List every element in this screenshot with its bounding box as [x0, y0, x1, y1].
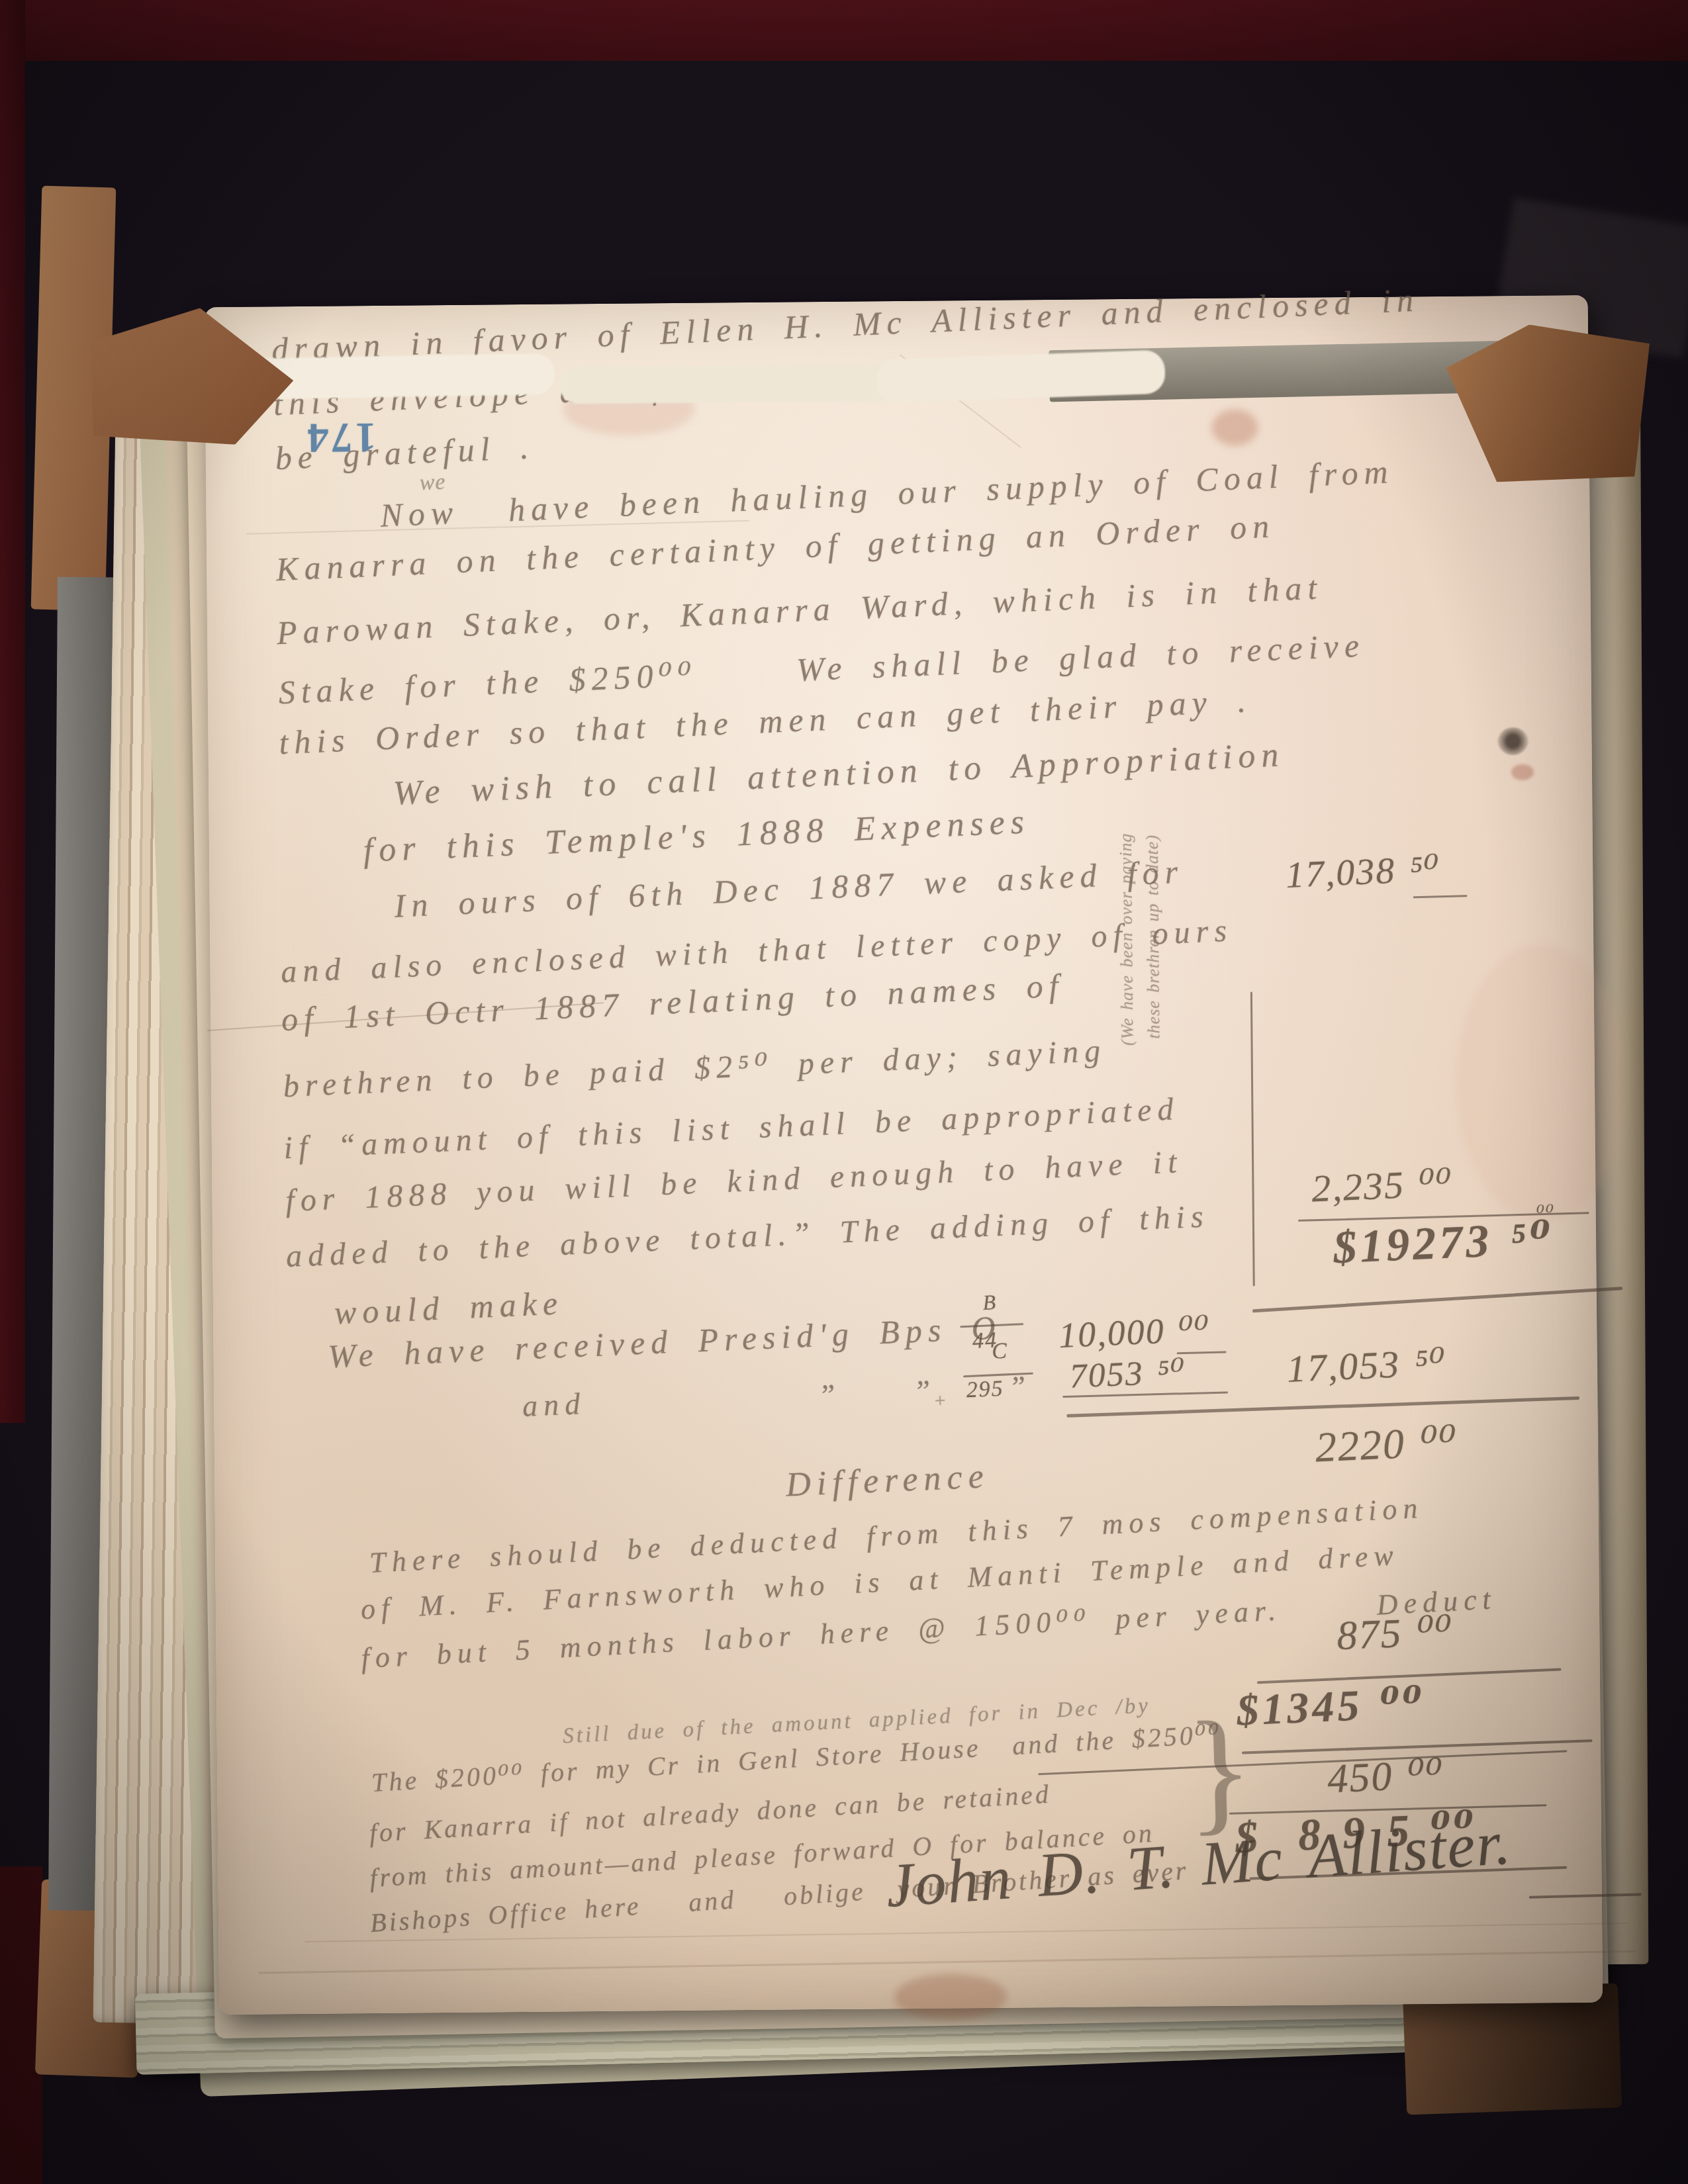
handwriting-line: for this Temple's 1888 Expenses [363, 805, 1031, 868]
handwriting-line: 17,038 ⁵⁰ [1285, 850, 1441, 894]
ink-rule [1252, 1287, 1622, 1312]
ink-rule [1413, 895, 1468, 898]
photo-top-red-band [0, 0, 1688, 61]
handwriting-line: + [933, 1391, 948, 1412]
photo-of-letterbook: 174 drawn in favor of Ellen H. Mc Allist… [0, 0, 1688, 2184]
ink-rule [1250, 991, 1255, 1286]
handwriting-line: In ours of 6th Dec 1887 we asked for [393, 855, 1184, 923]
handwriting-line: 295 [966, 1378, 1004, 1402]
ink-blot [1497, 727, 1528, 755]
ink-rule [1066, 1396, 1579, 1418]
handwriting-line: 10,000 ⁰⁰ [1058, 1311, 1211, 1353]
handwriting-line: Difference [785, 1459, 990, 1502]
marginal-note-line: (We have been over paying [1117, 794, 1136, 1046]
sheet-edge-line [259, 1950, 1636, 1974]
handwriting-line: 17,053 ⁵⁰ [1286, 1343, 1448, 1388]
handwriting-line: and also enclosed with that letter copy … [280, 915, 1233, 988]
ink-rule [1177, 1351, 1227, 1354]
handwriting-line: $1345 ⁰⁰ [1236, 1681, 1427, 1733]
marginal-note-line: these brethren up to date) [1143, 788, 1162, 1039]
handwriting-line: and [522, 1388, 586, 1422]
photo-left-red-strip [0, 0, 25, 1423]
handwriting-line: 875 ⁰⁰ [1336, 1611, 1454, 1657]
handwriting-line: would make [334, 1286, 564, 1329]
torn-paper-edge [559, 364, 907, 404]
handwriting-line: we [419, 471, 446, 495]
manuscript-page: 174 drawn in favor of Ellen H. Mc Allist… [205, 295, 1603, 2015]
handwriting-line: B [982, 1291, 998, 1313]
paper-stain [1211, 409, 1258, 446]
handwriting-line: 7053 ⁵⁰ [1069, 1355, 1187, 1394]
handwriting-line: 2,235 ⁰⁰ [1311, 1163, 1454, 1208]
handwriting-line: brethren to be paid $2⁵⁰ per day; saying [283, 1035, 1107, 1103]
handwriting-line: 2220 ⁰⁰ [1315, 1420, 1459, 1469]
ink-smear [1511, 764, 1534, 780]
handwriting-line: $19273 ⁵⁰ [1333, 1216, 1555, 1271]
handwriting-line: C [991, 1340, 1008, 1363]
photo-bottomleft-red-corner [0, 1866, 42, 2184]
